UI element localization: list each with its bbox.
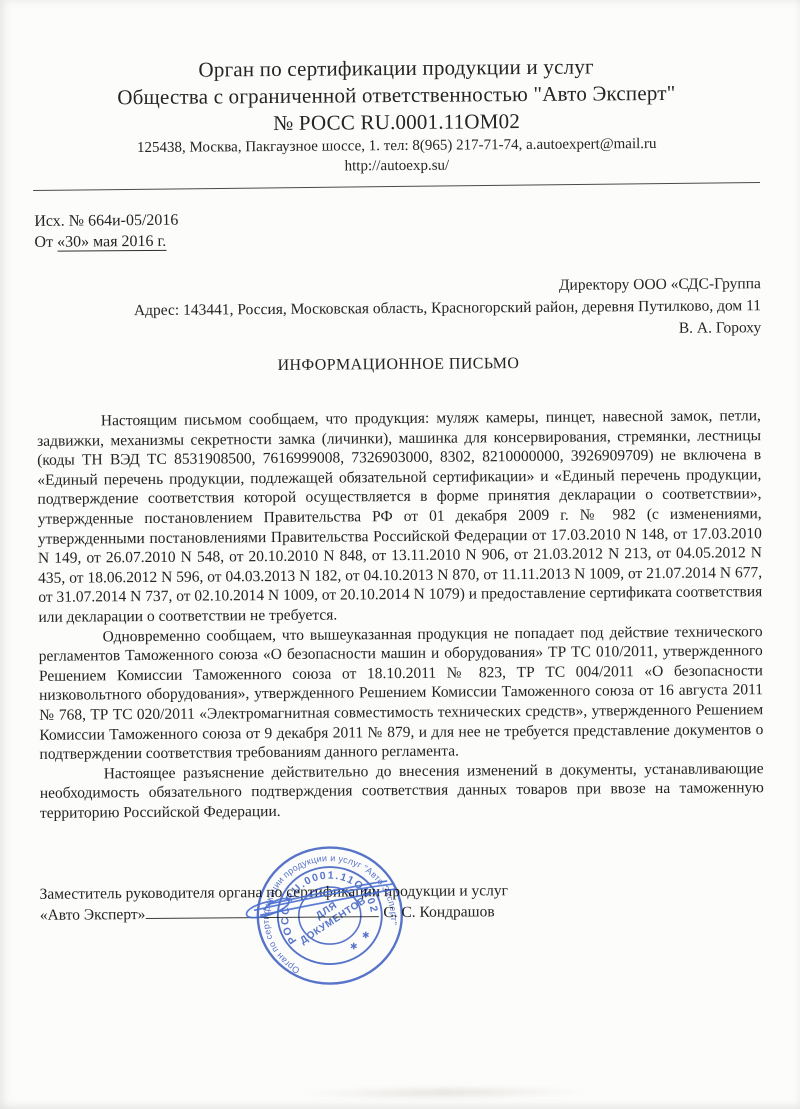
letter-content: Орган по сертификации продукции и услуг … xyxy=(0,0,800,1109)
body-paragraph-1: Настоящим письмом сообщаем, что продукци… xyxy=(37,406,763,627)
outgoing-number: Исх. № 664и-05/2016 xyxy=(34,211,178,233)
date-prefix: От xyxy=(34,233,57,250)
letter-title: ИНФОРМАЦИОННОЕ ПИСЬМО xyxy=(0,353,799,377)
handwritten-signature xyxy=(236,872,411,928)
recipient-block: Директору ООО «СДС-Группа Адрес: 143441,… xyxy=(33,273,761,345)
signer-company: «Авто Эксперт» xyxy=(40,906,146,924)
signature-stroke xyxy=(255,884,393,910)
letter-date: От «30» мая 2016 г. xyxy=(34,231,178,253)
letterhead: Орган по сертификации продукции и услуг … xyxy=(0,52,797,179)
date-underlined: «30» мая 2016 г. xyxy=(57,232,166,251)
signature-stroke xyxy=(269,881,387,904)
body-paragraph-3: Настоящее разъяснение действительно до в… xyxy=(40,759,764,823)
stamp-star-icon: ✱ xyxy=(350,941,358,951)
scanned-letter-page: Орган по сертификации продукции и услуг … xyxy=(0,0,800,1109)
letter-body: Настоящим письмом сообщаем, что продукци… xyxy=(37,406,764,823)
header-divider xyxy=(33,182,760,191)
reference-block: Исх. № 664и-05/2016 От «30» мая 2016 г. xyxy=(34,211,178,253)
scan-smudge xyxy=(299,1085,589,1101)
body-paragraph-2: Одновременно сообщаем, что вышеуказанная… xyxy=(39,622,764,765)
stamp-star-icon: ✱ xyxy=(362,930,370,940)
